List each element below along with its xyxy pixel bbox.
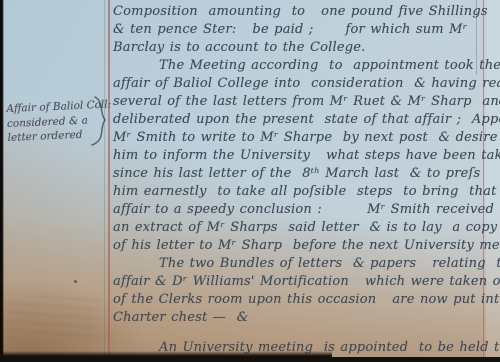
ink-dot [74, 280, 77, 283]
manuscript-line: of the Clerks room upon this occasion ar… [113, 291, 494, 309]
manuscript-line: of his letter to Mʳ Sharp before the nex… [113, 237, 494, 255]
manuscript-line: & ten pence Ster: be paid ; for which su… [113, 21, 494, 39]
manuscript-line: Charter chest — & [113, 309, 494, 327]
manuscript-line-left: affair to a speedy conclusion : [113, 201, 322, 219]
manuscript-line: an extract of Mʳ Sharps said letter & is… [113, 219, 494, 237]
margin-note-brace [90, 96, 112, 148]
manuscript-line: The two Bundles of letters & papers rela… [113, 255, 494, 273]
manuscript-line: deliberated upon the present state of th… [113, 111, 494, 129]
manuscript-line: The Meeting according to appointment too… [113, 57, 494, 75]
left-margin-rule-faint [104, 0, 105, 362]
manuscript-line: affair of Baliol College into considerat… [113, 75, 494, 93]
manuscript-line-right: Mʳ Smith received [367, 201, 494, 219]
manuscript-line: Barclay is to account to the College. [113, 39, 494, 57]
manuscript-page: Affair of Baliol Coll: considered & a le… [0, 0, 500, 362]
manuscript-line: him to inform the University what steps … [113, 147, 494, 165]
manuscript-line: Mʳ Smith to write to Mʳ Sharpe by next p… [113, 129, 494, 147]
manuscript-line: Composition amounting to one pound five … [113, 3, 494, 21]
manuscript-line: several of the last letters from Mʳ Ruet… [113, 93, 494, 111]
margin-note: Affair of Baliol Coll: considered & a le… [6, 98, 102, 146]
manuscript-line: since his last letter of the 8ᵗʰ March l… [113, 165, 494, 183]
left-margin-rule [108, 0, 110, 362]
manuscript-line: affair to a speedy conclusion : Mʳ Smith… [113, 201, 494, 219]
photo-edge-bottom [0, 357, 500, 362]
manuscript-line: affair & Dʳ Williams' Mortification whic… [113, 273, 494, 291]
margin-note-line: letter ordered [7, 127, 102, 146]
bleed-through-texture [8, 296, 100, 340]
manuscript-body: Composition amounting to one pound five … [113, 3, 494, 357]
photo-edge-left [0, 0, 4, 362]
manuscript-line: him earnestly to take all poſsible steps… [113, 183, 494, 201]
